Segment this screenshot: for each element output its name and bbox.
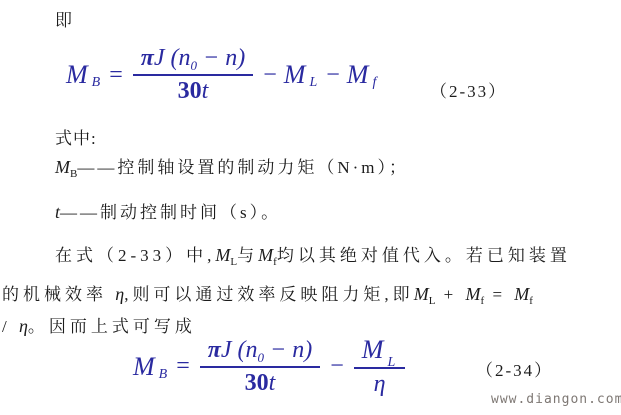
variable-M-L: M [362, 335, 384, 364]
fraction-ML-eta: ML η [354, 336, 405, 397]
subscript-f: f [372, 75, 376, 91]
fraction-numerator: πJ (n0 − n) [133, 46, 253, 76]
numerator-tail: − n) [264, 337, 312, 363]
numerator-text: J (n [154, 45, 191, 71]
inline-sub-L: L [230, 256, 237, 268]
text: 。因而上式可写成 [28, 317, 196, 336]
symbol-subscript-B: B [70, 168, 77, 180]
fraction-main: πJ (n0 − n) 30t [133, 46, 253, 104]
inline-sub-L: L [429, 295, 436, 307]
numerator-text: J (n [221, 337, 258, 363]
eta-symbol: η [115, 284, 124, 304]
denominator-t: t [269, 370, 276, 396]
slash-operator: / [2, 317, 19, 336]
inline-var-M: M [258, 245, 273, 265]
equals-operator: = [484, 285, 514, 304]
paragraph-line-1: 在式（2-33）中,ML与Mf均以其绝对值代入。若已知装置 [55, 241, 571, 266]
numerator-tail: − n) [197, 45, 245, 71]
variable-M: M [66, 60, 88, 90]
equation-number-2-33: （2-33） [430, 77, 507, 102]
eta-symbol: η [19, 316, 28, 336]
lead-word: 即 [55, 6, 73, 31]
equals-sign: = [109, 62, 123, 89]
definition-text: 制动控制时间（s）。 [100, 203, 281, 222]
equation-2-33: MB = πJ (n0 − n) 30t − ML − Mf [66, 46, 378, 104]
subscript-B: B [159, 367, 168, 383]
text: 均以其绝对值代入。若已知装置 [277, 246, 571, 265]
definition-text: 控制轴设置的制动力矩（N·m）； [117, 158, 409, 177]
paragraph-line-2: 的机械效率 η,则可以通过效率反映阻力矩,即ML + Mf = Mf [2, 280, 533, 305]
text: ,则可以通过效率反映阻力矩,即 [124, 285, 414, 304]
definition-dash: —— [77, 158, 117, 177]
variable-M: M [133, 352, 155, 382]
fraction-denominator-eta: η [374, 369, 386, 397]
subscript-L: L [387, 355, 395, 370]
definition-row-t: t——制动控制时间（s）。 [55, 198, 281, 223]
text: 在式（2-33）中, [55, 246, 215, 265]
inline-var-M: M [466, 284, 481, 304]
pi-symbol: π [208, 337, 221, 363]
where-label: 式中: [55, 124, 97, 149]
plus-operator: + [435, 285, 465, 304]
denominator-t: t [202, 78, 209, 104]
inline-var-M: M [414, 284, 429, 304]
inline-sub-f: f [273, 256, 277, 268]
equation-2-34: MB = πJ (n0 − n) 30t − ML η [133, 336, 408, 397]
inline-sub-f: f [481, 295, 485, 307]
subscript-zero: 0 [258, 350, 265, 365]
subscript-L: L [309, 75, 317, 91]
inline-sub-f: f [529, 295, 533, 307]
fraction-denominator: 30t [245, 368, 276, 396]
denominator-30: 30 [178, 78, 202, 104]
subscript-zero: 0 [191, 58, 198, 73]
minus-sign: − [263, 62, 277, 89]
minus-sign: − [326, 62, 340, 89]
definition-row-MB: MB——控制轴设置的制动力矩（N·m）； [55, 153, 409, 178]
variable-M-f: M [347, 60, 369, 90]
pi-symbol: π [141, 45, 154, 71]
watermark-url: www.diangon.com [491, 392, 621, 407]
paragraph-line-3: / η。因而上式可写成 [2, 312, 196, 337]
subscript-B: B [92, 75, 101, 91]
fraction-numerator: πJ (n0 − n) [200, 338, 320, 368]
inline-var-M: M [215, 245, 230, 265]
text: 与 [237, 246, 258, 265]
text: 的机械效率 [2, 285, 115, 304]
minus-sign: − [330, 353, 344, 380]
inline-var-M: M [514, 284, 529, 304]
equation-number-2-34: （2-34） [476, 356, 553, 381]
symbol-M: M [55, 157, 70, 177]
fraction-main: πJ (n0 − n) 30t [200, 338, 320, 396]
definition-dash: —— [60, 203, 100, 222]
equals-sign: = [176, 353, 190, 380]
fraction-denominator: 30t [178, 76, 209, 104]
denominator-30: 30 [245, 370, 269, 396]
variable-M-L: M [284, 60, 306, 90]
document-page: 即 MB = πJ (n0 − n) 30t − ML − Mf （2-33） … [0, 0, 621, 415]
fraction-numerator: ML [354, 336, 405, 369]
